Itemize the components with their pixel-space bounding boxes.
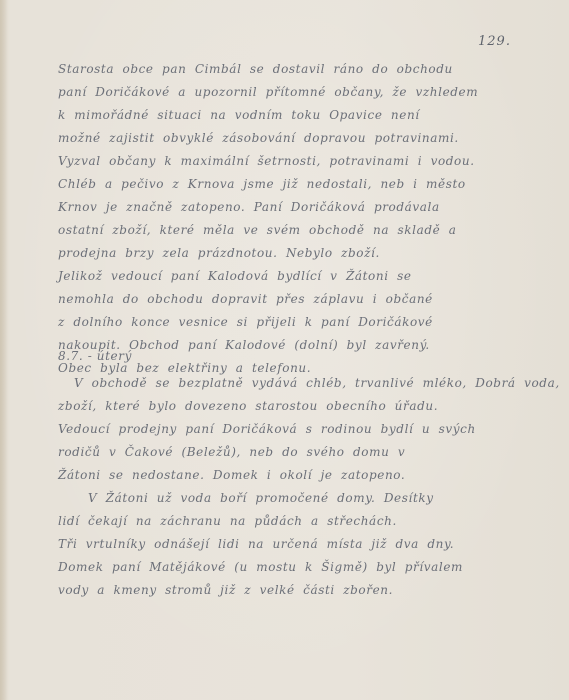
- text-line: ostatní zboží, které měla ve svém obchod…: [58, 219, 498, 242]
- text-line: Vyzval občany k maximální šetrnosti, pot…: [58, 150, 498, 173]
- chronicle-page: 129. Starosta obce pan Cimbál se dostavi…: [0, 0, 569, 700]
- entry-2-text: V obchodě se bezplatně vydává chléb, trv…: [58, 372, 498, 602]
- text-line: Chléb a pečivo z Krnova jsme již nedosta…: [58, 173, 498, 196]
- text-line: V obchodě se bezplatně vydává chléb, trv…: [58, 372, 498, 395]
- text-line: Domek paní Matějákové (u mostu k Šigmě) …: [58, 556, 498, 579]
- text-line: k mimořádné situaci na vodním toku Opavi…: [58, 104, 498, 127]
- page-number: 129.: [478, 34, 511, 49]
- text-line: z dolního konce vesnice si přijeli k pan…: [58, 311, 498, 334]
- text-line: Tři vrtulníky odnášejí lidi na určená mí…: [58, 533, 498, 556]
- text-line: paní Doričákové a upozornil přítomné obč…: [58, 81, 498, 104]
- date-heading: 8.7. - úterý: [58, 349, 132, 363]
- text-line: možné zajistit obvyklé zásobování doprav…: [58, 127, 498, 150]
- text-line: V Žátoni už voda boří promočené domy. De…: [58, 487, 498, 510]
- text-line: vody a kmeny stromů již z velké části zb…: [58, 579, 498, 602]
- text-line: lidí čekají na záchranu na půdách a stře…: [58, 510, 498, 533]
- text-line: zboží, které bylo dovezeno starostou obe…: [58, 395, 498, 418]
- text-line: Jelikož vedoucí paní Kalodová bydlící v …: [58, 265, 498, 288]
- text-line: rodičů v Čakové (Beležů), neb do svého d…: [58, 441, 498, 464]
- text-line: prodejna brzy zela prázdnotou. Nebylo zb…: [58, 242, 498, 265]
- page-binding-edge: [0, 0, 8, 700]
- text-line: Žátoni se nedostane. Domek i okolí je za…: [58, 464, 498, 487]
- text-line: Krnov je značně zatopeno. Paní Doričákov…: [58, 196, 498, 219]
- text-line: nemohla do obchodu dopravit přes záplavu…: [58, 288, 498, 311]
- text-line: Vedoucí prodejny paní Doričáková s rodin…: [58, 418, 498, 441]
- entry-1-text: Starosta obce pan Cimbál se dostavil rán…: [58, 58, 498, 380]
- text-line: Starosta obce pan Cimbál se dostavil rán…: [58, 58, 498, 81]
